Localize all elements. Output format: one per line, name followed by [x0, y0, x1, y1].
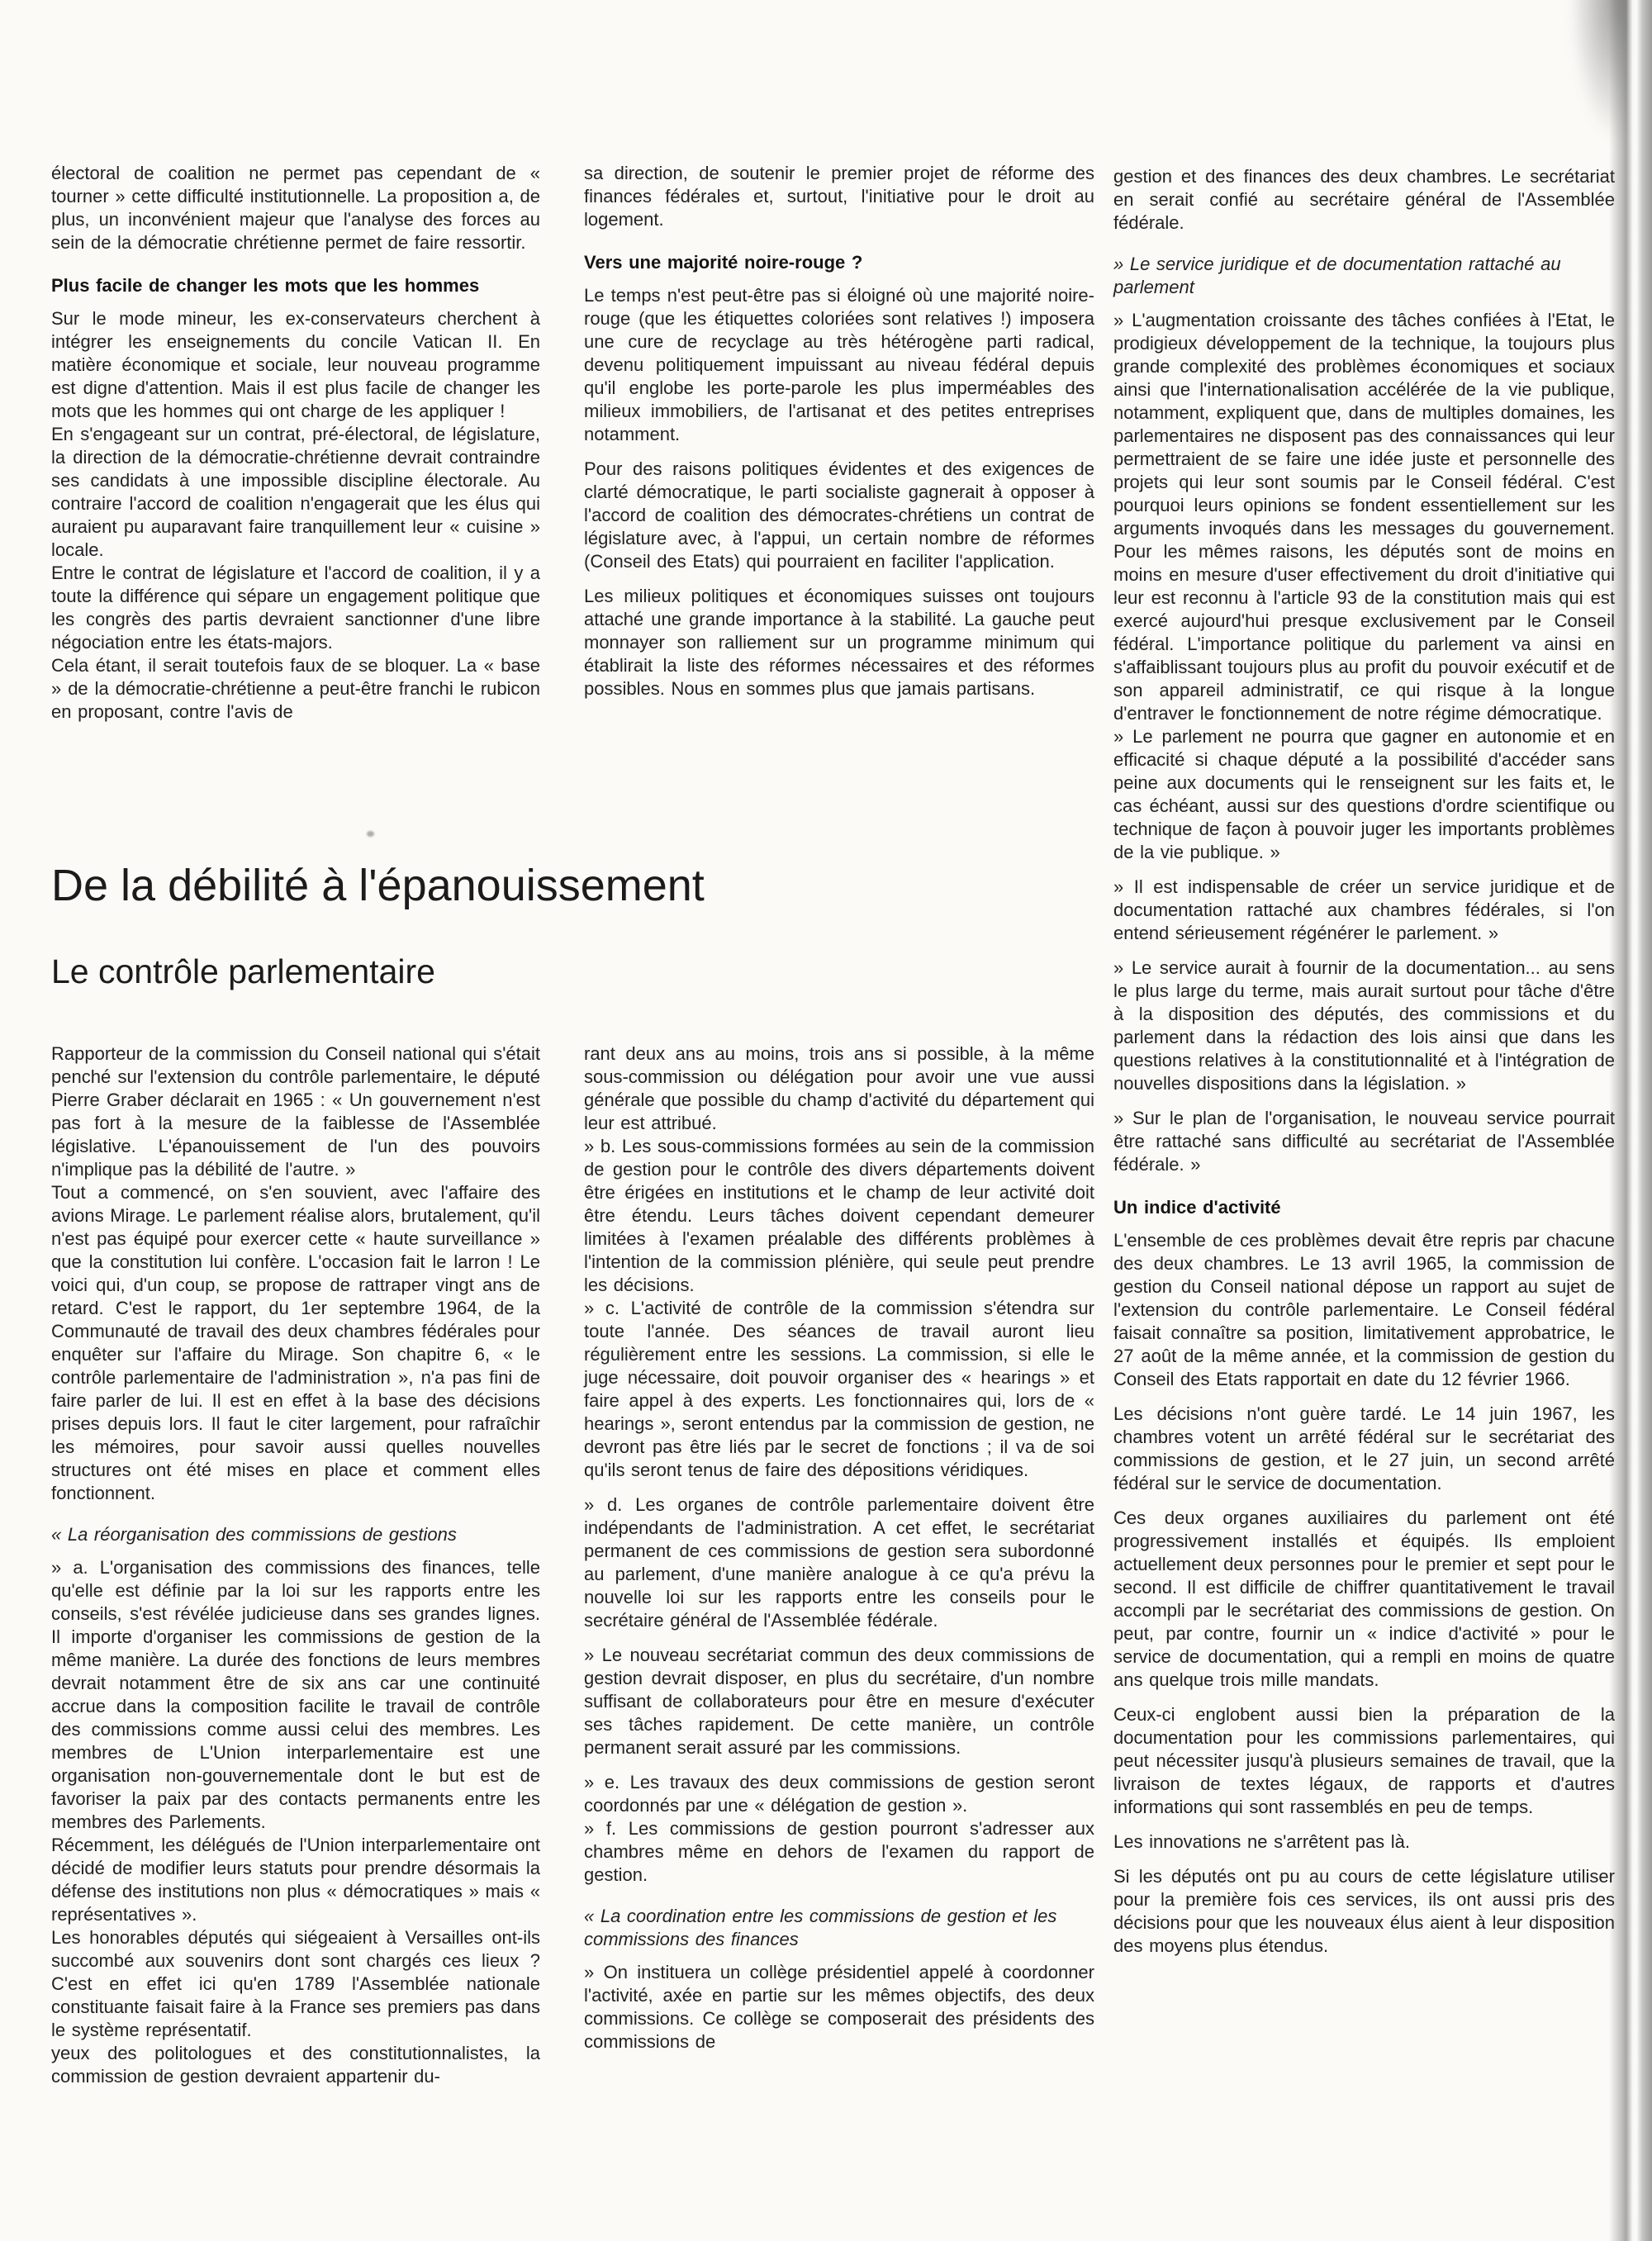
- paragraph: Récemment, les délégués de l'Union inter…: [51, 1834, 540, 1926]
- paragraph: » a. L'organisation des commissions des …: [51, 1556, 540, 1834]
- bold-subhead: Un indice d'activité: [1113, 1196, 1615, 1219]
- paragraph: » c. L'activité de contrôle de la commis…: [584, 1297, 1094, 1482]
- paragraph: En s'engageant sur un contrat, pré-élect…: [51, 423, 540, 562]
- paragraph: » Sur le plan de l'organisation, le nouv…: [1113, 1107, 1615, 1176]
- paragraph: » f. Les commissions de gestion pourront…: [584, 1817, 1094, 1887]
- paragraph: » b. Les sous-commissions formées au sei…: [584, 1135, 1094, 1297]
- column-1-bottom: Rapporteur de la commission du Conseil n…: [51, 1042, 540, 2088]
- paragraph: Les innovations ne s'arrêtent pas là.: [1113, 1830, 1615, 1854]
- paragraph: rant deux ans au moins, trois ans si pos…: [584, 1042, 1094, 1135]
- paragraph: électoral de coalition ne permet pas cep…: [51, 162, 540, 254]
- bold-subhead: Vers une majorité noire-rouge ?: [584, 251, 1094, 274]
- paragraph: L'ensemble de ces problèmes devait être …: [1113, 1229, 1615, 1391]
- paragraph: » d. Les organes de contrôle parlementai…: [584, 1493, 1094, 1632]
- paragraph: Ceux-ci englobent aussi bien la préparat…: [1113, 1703, 1615, 1819]
- article-subhead: Le contrôle parlementaire: [51, 952, 435, 991]
- paragraph: » Le nouveau secrétariat commun des deux…: [584, 1644, 1094, 1759]
- paragraph: Sur le mode mineur, les ex-conservateurs…: [51, 307, 540, 423]
- paragraph: Rapporteur de la commission du Conseil n…: [51, 1042, 540, 1181]
- column-2-top: sa direction, de soutenir le premier pro…: [584, 162, 1094, 700]
- paragraph: Pour des raisons politiques évidentes et…: [584, 458, 1094, 573]
- italic-subhead: « La coordination entre les commissions …: [584, 1905, 1094, 1951]
- paragraph: » Le service aurait à fournir de la docu…: [1113, 957, 1615, 1095]
- paragraph: Ces deux organes auxiliaires du parlemen…: [1113, 1507, 1615, 1692]
- paragraph: » L'augmentation croissante des tâches c…: [1113, 309, 1615, 725]
- paragraph: Les décisions n'ont guère tardé. Le 14 j…: [1113, 1403, 1615, 1495]
- paragraph: » Le parlement ne pourra que gagner en a…: [1113, 725, 1615, 864]
- paragraph: sa direction, de soutenir le premier pro…: [584, 162, 1094, 231]
- paragraph: Si les députés ont pu au cours de cette …: [1113, 1865, 1615, 1958]
- newspaper-page: électoral de coalition ne permet pas cep…: [0, 0, 1652, 2241]
- paragraph: Le temps n'est peut-être pas si éloigné …: [584, 284, 1094, 446]
- italic-subhead: » Le service juridique et de documentati…: [1113, 253, 1615, 299]
- column-2-bottom: rant deux ans au moins, trois ans si pos…: [584, 1042, 1094, 2053]
- article-headline: De la débilité à l'épanouissement: [51, 861, 705, 910]
- paragraph: gestion et des finances des deux chambre…: [1113, 165, 1615, 235]
- paragraph: Les milieux politiques et économiques su…: [584, 585, 1094, 700]
- paragraph: » Il est indispensable de créer un servi…: [1113, 876, 1615, 945]
- print-speck: [367, 831, 374, 837]
- column-1-top: électoral de coalition ne permet pas cep…: [51, 162, 540, 724]
- paragraph: Entre le contrat de législature et l'acc…: [51, 562, 540, 654]
- paragraph: » On instituera un collège présidentiel …: [584, 1961, 1094, 2053]
- paragraph: Cela étant, il serait toutefois faux de …: [51, 654, 540, 724]
- paragraph: yeux des politologues et des constitutio…: [51, 2042, 540, 2088]
- bold-subhead: Plus facile de changer les mots que les …: [51, 274, 540, 297]
- italic-subhead: « La réorganisation des commissions de g…: [51, 1523, 540, 1546]
- paragraph: Tout a commencé, on s'en souvient, avec …: [51, 1181, 540, 1505]
- paragraph: » e. Les travaux des deux commissions de…: [584, 1771, 1094, 1817]
- paragraph: Les honorables députés qui siégeaient à …: [51, 1926, 540, 2042]
- column-3: gestion et des finances des deux chambre…: [1113, 165, 1615, 1958]
- page-edge-shadow: [1609, 0, 1652, 2241]
